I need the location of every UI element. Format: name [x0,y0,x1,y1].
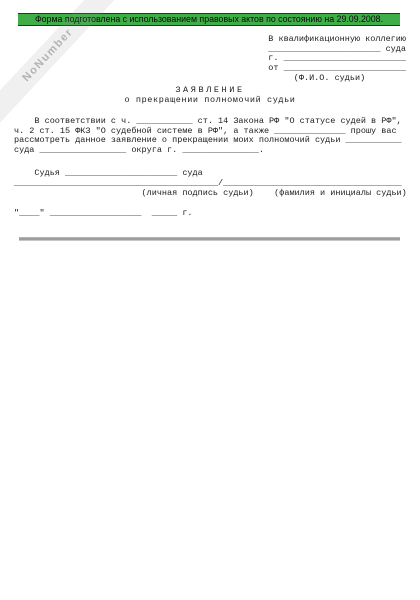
bottom-divider-line [19,237,400,241]
document-subtitle: о прекращении полномочий судьи [0,96,420,106]
addressee-line-fio-caption: (Ф.И.О. судьи) [268,74,406,84]
signature-captions-line: (личная подпись судьи) (фамилия и инициа… [14,188,407,198]
prepared-notice-banner: Форма подготовлена с использованием прав… [18,13,400,26]
watermark-text: NoNumber [20,26,75,84]
date-line: "____" __________________ _____ г. [14,209,193,219]
signature-blank-line: ________________________________________… [14,178,407,188]
statement-body: В соответствии с ч. ___________ ст. 14 З… [14,117,402,156]
addressee-block: В квалификационную коллегию ____________… [268,35,406,84]
body-line-4: суда _________________ округа г. _______… [14,146,402,156]
document-page: Форма подготовлена с использованием прав… [0,0,420,600]
signature-judge-line: Судья ______________________ суда [14,168,407,178]
document-title-block: ЗАЯВЛЕНИЕ о прекращении полномочий судьи [0,86,420,105]
signature-block: Судья ______________________ суда ______… [14,168,407,199]
prepared-notice-text: Форма подготовлена с использованием прав… [18,14,400,25]
